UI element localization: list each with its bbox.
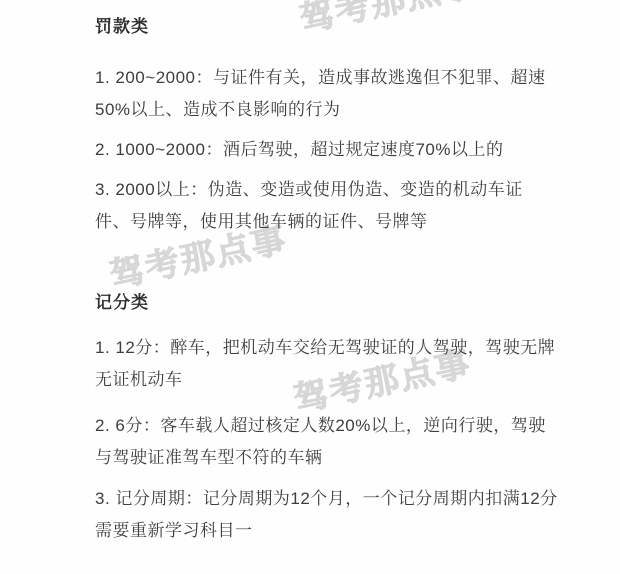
section-heading-fines: 罚款类 — [95, 14, 575, 40]
text-line: 2. 6分：客车载人超过核定人数20%以上，逆向行驶，驾驶 — [95, 410, 575, 442]
text-line: 与驾驶证准驾车型不符的车辆 — [95, 442, 575, 474]
text-line: 3. 2000以上：伪造、变造或使用伪造、变造的机动车证 — [95, 174, 575, 206]
text-line: 50%以上、造成不良影响的行为 — [95, 94, 575, 126]
text-line: 无证机动车 — [95, 364, 575, 396]
point-item-2: 2. 6分：客车载人超过核定人数20%以上，逆向行驶，驾驶 与驾驶证准驾车型不符… — [95, 410, 575, 474]
fine-item-1: 1. 200~2000：与证件有关，造成事故逃逸但不犯罪、超速 50%以上、造成… — [95, 62, 575, 126]
text-line: 2. 1000~2000：酒后驾驶，超过规定速度70%以上的 — [95, 134, 575, 166]
text-line: 需要重新学习科目一 — [95, 515, 575, 547]
text-line: 1. 200~2000：与证件有关，造成事故逃逸但不犯罪、超速 — [95, 62, 575, 94]
fine-item-2: 2. 1000~2000：酒后驾驶，超过规定速度70%以上的 — [95, 134, 575, 166]
section-heading-points: 记分类 — [95, 290, 575, 316]
text-line: 件、号牌等，使用其他车辆的证件、号牌等 — [95, 206, 575, 238]
notes-content: 罚款类 1. 200~2000：与证件有关，造成事故逃逸但不犯罪、超速 50%以… — [95, 14, 575, 547]
fine-item-3: 3. 2000以上：伪造、变造或使用伪造、变造的机动车证 件、号牌等，使用其他车… — [95, 174, 575, 238]
text-line: 1. 12分：醉车，把机动车交给无驾驶证的人驾驶，驾驶无牌 — [95, 332, 575, 364]
text-line: 3. 记分周期：记分周期为12个月，一个记分周期内扣满12分 — [95, 483, 575, 515]
point-item-3: 3. 记分周期：记分周期为12个月，一个记分周期内扣满12分 需要重新学习科目一 — [95, 483, 575, 547]
point-item-1: 1. 12分：醉车，把机动车交给无驾驶证的人驾驶，驾驶无牌 无证机动车 — [95, 332, 575, 396]
notes-page: 驾考那点事 驾考那点事 驾考那点事 罚款类 1. 200~2000：与证件有关，… — [0, 0, 620, 574]
